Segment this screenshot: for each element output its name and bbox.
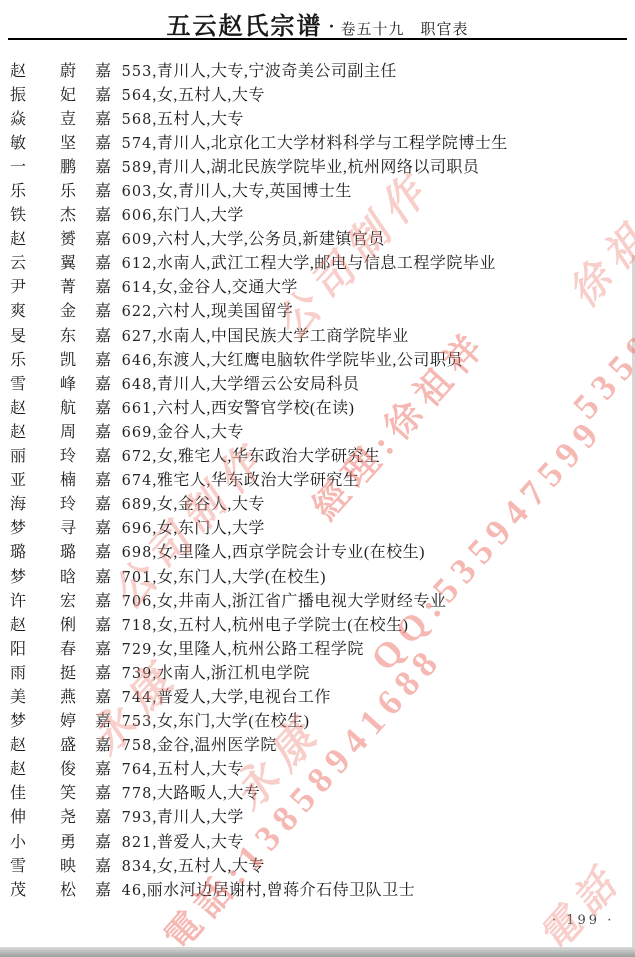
person-name: 旻 东 [10, 323, 76, 346]
section-label: 职官表 [421, 22, 469, 38]
table-row: 伸 尧 嘉 793,青川人,大学 [0, 804, 635, 828]
table-row: 赵 蔚 嘉 553,青川人,大专,宁波奇美公司副主任 [0, 57, 635, 81]
name-char-1: 茂 [10, 877, 26, 900]
name-char-1: 梦 [10, 708, 26, 731]
generation-prefix: 嘉 [95, 882, 111, 899]
person-detail: 嘉 669,金谷人,大专 [95, 419, 244, 442]
generation-number: 753 [116, 714, 152, 730]
generation-prefix: 嘉 [95, 858, 111, 875]
generation-prefix: 嘉 [95, 183, 111, 200]
generation-number: 834 [116, 859, 152, 875]
generation-number: 627 [116, 329, 152, 345]
person-detail: 嘉 612,水南人,武江工程大学,邮电与信息工程学院毕业 [95, 250, 496, 273]
person-info: ,东渡人,大红鹰电脑软件学院毕业,公司职员 [152, 352, 463, 369]
generation-prefix: 嘉 [95, 544, 111, 561]
person-info: ,女,里隆人,西京学院会计专业(在校生) [152, 544, 425, 561]
generation-number: 661 [116, 401, 152, 417]
table-row: 丽 玲 嘉 672,女,雅宅人,华东政治大学研究生 [0, 443, 635, 467]
table-row: 赵 赟 嘉 609,六村人,大学,公务员,新建镇官员 [0, 226, 635, 250]
name-char-2: 俊 [60, 756, 76, 779]
person-detail: 嘉 753,女,东门,大学(在校生) [95, 708, 309, 731]
person-info: ,金谷,温州医学院 [152, 737, 277, 754]
person-name: 雪 映 [10, 853, 76, 876]
name-char-2: 妃 [60, 82, 76, 105]
generation-prefix: 嘉 [95, 159, 111, 176]
table-row: 赵 航 嘉 661,六村人,西安警官学校(在读) [0, 394, 635, 418]
person-detail: 嘉 764,五村人,大专 [95, 756, 244, 779]
name-char-2: 鹏 [60, 154, 76, 177]
name-char-1: 铁 [10, 202, 26, 225]
name-char-2: 壴 [60, 106, 76, 129]
table-row: 阳 春 嘉 729,女,里隆人,杭州公路工程学院 [0, 635, 635, 659]
name-char-1: 尹 [10, 274, 26, 297]
name-char-1: 赵 [10, 612, 26, 635]
person-name: 赵 航 [10, 395, 76, 418]
entries-list: 赵 蔚 嘉 553,青川人,大专,宁波奇美公司副主任 振 妃 嘉 564,女,五… [0, 57, 635, 900]
person-name: 赵 俐 [10, 612, 76, 635]
generation-prefix: 嘉 [95, 761, 111, 778]
generation-prefix: 嘉 [95, 472, 111, 489]
person-detail: 嘉 698,女,里隆人,西京学院会计专业(在校生) [95, 539, 425, 562]
table-row: 亚 楠 嘉 674,雅宅人,华东政治大学研究生 [0, 467, 635, 491]
person-detail: 嘉 574,青川人,北京化工大学材料科学与工程学院博士生 [95, 130, 508, 153]
person-name: 云 翼 [10, 250, 76, 273]
generation-prefix: 嘉 [95, 63, 111, 80]
generation-number: 701 [116, 570, 152, 586]
name-char-1: 振 [10, 82, 26, 105]
generation-number: 606 [116, 208, 152, 224]
name-char-2: 蔚 [60, 58, 76, 81]
generation-number: 764 [116, 762, 152, 778]
person-name: 乐 凯 [10, 347, 76, 370]
generation-number: 793 [116, 810, 152, 826]
name-char-1: 一 [10, 154, 26, 177]
generation-prefix: 嘉 [95, 617, 111, 634]
generation-prefix: 嘉 [95, 328, 111, 345]
name-char-2: 尧 [60, 804, 76, 827]
person-name: 雨 挺 [10, 660, 76, 683]
name-char-1: 阳 [10, 636, 26, 659]
person-info: ,青川人,北京化工大学材料科学与工程学院博士生 [152, 135, 508, 152]
table-row: 梦 寻 嘉 696,女,东门人,大学 [0, 515, 635, 539]
table-row: 梦 晗 嘉 701,女,东门人,大学(在校生) [0, 563, 635, 587]
table-row: 赵 盛 嘉 758,金谷,温州医学院 [0, 732, 635, 756]
table-row: 梦 婷 嘉 753,女,东门,大学(在校生) [0, 708, 635, 732]
person-detail: 嘉 701,女,东门人,大学(在校生) [95, 564, 326, 587]
generation-prefix: 嘉 [95, 400, 111, 417]
table-row: 佳 笑 嘉 778,大路畈人,大专 [0, 780, 635, 804]
person-detail: 嘉 603,女,青川人,大专,英国博士生 [95, 178, 352, 201]
person-info: ,女,东门,大学(在校生) [152, 713, 309, 730]
name-char-1: 丽 [10, 443, 26, 466]
name-char-2: 凯 [60, 347, 76, 370]
name-char-2: 俐 [60, 612, 76, 635]
person-name: 亚 楠 [10, 467, 76, 490]
table-row: 茂 松 嘉 46,丽水河边居谢村,曾蒋介石侍卫队卫士 [0, 876, 635, 900]
person-detail: 嘉 672,女,雅宅人,华东政治大学研究生 [95, 443, 380, 466]
table-row: 敏 坚 嘉 574,青川人,北京化工大学材料科学与工程学院博士生 [0, 129, 635, 153]
person-detail: 嘉 758,金谷,温州医学院 [95, 732, 277, 755]
generation-number: 669 [116, 425, 152, 441]
volume-label: 卷五十九 [340, 22, 404, 38]
person-detail: 嘉 589,青川人,湖北民族学院毕业,杭州网络以司职员 [95, 154, 479, 177]
generation-prefix: 嘉 [95, 834, 111, 851]
person-detail: 嘉 564,女,五村人,大专 [95, 82, 265, 105]
person-name: 梦 晗 [10, 564, 76, 587]
name-char-1: 敏 [10, 130, 26, 153]
name-char-1: 爽 [10, 298, 26, 321]
name-char-1: 赵 [10, 732, 26, 755]
person-info: ,女,五村人,大专 [152, 87, 265, 104]
generation-prefix: 嘉 [95, 689, 111, 706]
person-info: ,女,井南人,浙江省广播电视大学财经专业 [152, 593, 446, 610]
person-detail: 嘉 646,东渡人,大红鹰电脑软件学院毕业,公司职员 [95, 347, 463, 370]
table-row: 璐 璐 嘉 698,女,里隆人,西京学院会计专业(在校生) [0, 539, 635, 563]
generation-prefix: 嘉 [95, 713, 111, 730]
name-char-2: 寻 [60, 515, 76, 538]
generation-prefix: 嘉 [95, 352, 111, 369]
person-name: 赵 盛 [10, 732, 76, 755]
name-char-1: 梦 [10, 515, 26, 538]
generation-prefix: 嘉 [95, 135, 111, 152]
person-detail: 嘉 778,大路畈人,大专 [95, 780, 260, 803]
table-row: 振 妃 嘉 564,女,五村人,大专 [0, 81, 635, 105]
name-char-1: 焱 [10, 106, 26, 129]
person-detail: 嘉 739,水南人,浙江机电学院 [95, 660, 310, 683]
name-char-1: 许 [10, 588, 26, 611]
name-char-1: 雪 [10, 371, 26, 394]
generation-number: 778 [116, 786, 152, 802]
generation-prefix: 嘉 [95, 207, 111, 224]
scan-edge-bottom [0, 947, 635, 957]
name-char-1: 亚 [10, 467, 26, 490]
person-name: 振 妃 [10, 82, 76, 105]
name-char-1: 乐 [10, 347, 26, 370]
generation-number: 689 [116, 497, 152, 513]
name-char-2: 玲 [60, 443, 76, 466]
page-number: · 199 · [552, 913, 614, 928]
person-name: 一 鹏 [10, 154, 76, 177]
table-row: 一 鹏 嘉 589,青川人,湖北民族学院毕业,杭州网络以司职员 [0, 153, 635, 177]
name-char-2: 璐 [60, 539, 76, 562]
person-detail: 嘉 661,六村人,西安警官学校(在读) [95, 395, 354, 418]
person-detail: 嘉 718,女,五村人,杭州电子学院士(在校生) [95, 612, 408, 635]
generation-prefix: 嘉 [95, 593, 111, 610]
generation-number: 739 [116, 666, 152, 682]
person-detail: 嘉 696,女,东门人,大学 [95, 515, 265, 538]
page-header: 五云赵氏宗谱·卷五十九职官表 [0, 6, 635, 41]
table-row: 乐 凯 嘉 646,东渡人,大红鹰电脑软件学院毕业,公司职员 [0, 346, 635, 370]
person-detail: 嘉 821,普爱人,大专 [95, 829, 244, 852]
name-char-1: 赵 [10, 419, 26, 442]
name-char-2: 春 [60, 636, 76, 659]
generation-number: 758 [116, 738, 152, 754]
person-info: ,六村人,西安警官学校(在读) [152, 400, 354, 417]
header-rule [8, 38, 627, 40]
table-row: 云 翼 嘉 612,水南人,武江工程大学,邮电与信息工程学院毕业 [0, 250, 635, 274]
person-info: ,五村人,大专 [152, 111, 244, 128]
person-detail: 嘉 627,水南人,中国民族大学工商学院毕业 [95, 323, 409, 346]
person-name: 伸 尧 [10, 804, 76, 827]
person-detail: 嘉 46,丽水河边居谢村,曾蒋介石侍卫队卫士 [95, 877, 415, 900]
person-info: ,青川人,大学 [152, 809, 244, 826]
person-detail: 嘉 793,青川人,大学 [95, 804, 244, 827]
table-row: 雪 峰 嘉 648,青川人,大学缙云公安局科员 [0, 370, 635, 394]
person-name: 赵 周 [10, 419, 76, 442]
name-char-2: 勇 [60, 829, 76, 852]
person-detail: 嘉 706,女,井南人,浙江省广播电视大学财经专业 [95, 588, 446, 611]
name-char-2: 翼 [60, 250, 76, 273]
page-title: 五云赵氏宗谱 [166, 14, 322, 40]
table-row: 许 宏 嘉 706,女,井南人,浙江省广播电视大学财经专业 [0, 587, 635, 611]
generation-prefix: 嘉 [95, 87, 111, 104]
person-info: ,五村人,大专 [152, 761, 244, 778]
generation-prefix: 嘉 [95, 665, 111, 682]
name-char-2: 杰 [60, 202, 76, 225]
generation-prefix: 嘉 [95, 809, 111, 826]
name-char-1: 伸 [10, 804, 26, 827]
generation-number: 553 [116, 64, 152, 80]
person-info: ,东门人,大学 [152, 207, 244, 224]
generation-number: 46 [116, 883, 142, 899]
person-info: ,女,东门人,大学 [152, 520, 265, 537]
person-info: ,丽水河边居谢村,曾蒋介石侍卫队卫士 [142, 882, 415, 899]
table-row: 焱 壴 嘉 568,五村人,大专 [0, 105, 635, 129]
person-name: 雪 峰 [10, 371, 76, 394]
name-char-2: 赟 [60, 226, 76, 249]
person-info: ,女,雅宅人,华东政治大学研究生 [152, 448, 380, 465]
generation-number: 672 [116, 449, 152, 465]
person-name: 茂 松 [10, 877, 76, 900]
person-name: 乐 乐 [10, 178, 76, 201]
name-char-2: 笑 [60, 780, 76, 803]
table-row: 美 燕 嘉 744,普爱人,大学,电视台工作 [0, 683, 635, 707]
person-name: 梦 婷 [10, 708, 76, 731]
name-char-2: 燕 [60, 684, 76, 707]
generation-number: 648 [116, 377, 152, 393]
name-char-1: 海 [10, 491, 26, 514]
generation-number: 729 [116, 642, 152, 658]
person-detail: 嘉 674,雅宅人,华东政治大学研究生 [95, 467, 359, 490]
person-name: 阳 春 [10, 636, 76, 659]
generation-number: 744 [116, 690, 152, 706]
table-row: 雪 映 嘉 834,女,五村人,大专 [0, 852, 635, 876]
name-char-1: 赵 [10, 226, 26, 249]
name-char-2: 坚 [60, 130, 76, 153]
person-info: ,女,金谷人,交通大学 [152, 279, 298, 296]
person-detail: 嘉 648,青川人,大学缙云公安局科员 [95, 371, 359, 394]
name-char-2: 航 [60, 395, 76, 418]
person-detail: 嘉 834,女,五村人,大专 [95, 853, 265, 876]
generation-number: 568 [116, 112, 152, 128]
person-info: ,青川人,湖北民族学院毕业,杭州网络以司职员 [152, 159, 479, 176]
person-info: ,金谷人,大专 [152, 424, 244, 441]
name-char-1: 乐 [10, 178, 26, 201]
person-info: ,六村人,大学,公务员,新建镇官员 [152, 231, 385, 248]
person-name: 小 勇 [10, 829, 76, 852]
person-info: ,女,五村人,大专 [152, 858, 265, 875]
generation-prefix: 嘉 [95, 641, 111, 658]
name-char-1: 赵 [10, 395, 26, 418]
person-name: 佳 笑 [10, 780, 76, 803]
generation-number: 646 [116, 353, 152, 369]
person-name: 敏 坚 [10, 130, 76, 153]
generation-number: 718 [116, 618, 152, 634]
generation-prefix: 嘉 [95, 111, 111, 128]
person-info: ,女,里隆人,杭州公路工程学院 [152, 641, 364, 658]
name-char-1: 小 [10, 829, 26, 852]
person-name: 铁 杰 [10, 202, 76, 225]
generation-number: 564 [116, 88, 152, 104]
table-row: 爽 金 嘉 622,六村人,现美国留学 [0, 298, 635, 322]
generation-number: 609 [116, 232, 152, 248]
generation-number: 574 [116, 136, 152, 152]
generation-prefix: 嘉 [95, 231, 111, 248]
generation-prefix: 嘉 [95, 376, 111, 393]
name-char-1: 梦 [10, 564, 26, 587]
name-char-2: 峰 [60, 371, 76, 394]
person-detail: 嘉 689,女,金谷人,大专 [95, 491, 265, 514]
generation-prefix: 嘉 [95, 424, 111, 441]
table-row: 小 勇 嘉 821,普爱人,大专 [0, 828, 635, 852]
name-char-1: 旻 [10, 323, 26, 346]
person-name: 焱 壴 [10, 106, 76, 129]
name-char-2: 宏 [60, 588, 76, 611]
generation-number: 696 [116, 521, 152, 537]
table-row: 乐 乐 嘉 603,女,青川人,大专,英国博士生 [0, 177, 635, 201]
person-info: ,六村人,现美国留学 [152, 303, 293, 320]
name-char-1: 佳 [10, 780, 26, 803]
generation-number: 674 [116, 473, 152, 489]
name-char-2: 映 [60, 853, 76, 876]
person-info: ,雅宅人,华东政治大学研究生 [152, 472, 359, 489]
name-char-1: 璐 [10, 539, 26, 562]
person-name: 梦 寻 [10, 515, 76, 538]
person-name: 许 宏 [10, 588, 76, 611]
person-info: ,青川人,大学缙云公安局科员 [152, 376, 359, 393]
genealogy-page: 公司制作經理:徐祖祥QQ:535947599電話:13858941688公司制作… [0, 0, 635, 957]
generation-prefix: 嘉 [95, 255, 111, 272]
generation-prefix: 嘉 [95, 279, 111, 296]
generation-number: 698 [116, 545, 152, 561]
person-detail: 嘉 553,青川人,大专,宁波奇美公司副主任 [95, 58, 397, 81]
table-row: 赵 周 嘉 669,金谷人,大专 [0, 418, 635, 442]
person-info: ,普爱人,大学,电视台工作 [152, 689, 331, 706]
name-char-2: 乐 [60, 178, 76, 201]
generation-number: 622 [116, 304, 152, 320]
person-name: 赵 赟 [10, 226, 76, 249]
person-info: ,女,五村人,杭州电子学院士(在校生) [152, 617, 408, 634]
name-char-2: 东 [60, 323, 76, 346]
generation-number: 706 [116, 594, 152, 610]
name-char-2: 挺 [60, 660, 76, 683]
generation-prefix: 嘉 [95, 496, 111, 513]
person-detail: 嘉 614,女,金谷人,交通大学 [95, 274, 298, 297]
table-row: 赵 俊 嘉 764,五村人,大专 [0, 756, 635, 780]
generation-number: 612 [116, 256, 152, 272]
name-char-1: 美 [10, 684, 26, 707]
person-detail: 嘉 744,普爱人,大学,电视台工作 [95, 684, 331, 707]
generation-prefix: 嘉 [95, 448, 111, 465]
person-info: ,女,东门人,大学(在校生) [152, 569, 326, 586]
table-row: 雨 挺 嘉 739,水南人,浙江机电学院 [0, 659, 635, 683]
person-detail: 嘉 729,女,里隆人,杭州公路工程学院 [95, 636, 364, 659]
person-info: ,女,金谷人,大专 [152, 496, 265, 513]
person-name: 海 玲 [10, 491, 76, 514]
generation-prefix: 嘉 [95, 785, 111, 802]
generation-prefix: 嘉 [95, 520, 111, 537]
name-char-2: 盛 [60, 732, 76, 755]
person-name: 尹 菁 [10, 274, 76, 297]
person-info: ,大路畈人,大专 [152, 785, 260, 802]
generation-prefix: 嘉 [95, 569, 111, 586]
name-char-2: 玲 [60, 491, 76, 514]
person-detail: 嘉 606,东门人,大学 [95, 202, 244, 225]
name-char-1: 雪 [10, 853, 26, 876]
person-name: 美 燕 [10, 684, 76, 707]
name-char-1: 赵 [10, 756, 26, 779]
name-char-2: 婷 [60, 708, 76, 731]
table-row: 尹 菁 嘉 614,女,金谷人,交通大学 [0, 274, 635, 298]
name-char-2: 菁 [60, 274, 76, 297]
name-char-1: 赵 [10, 58, 26, 81]
generation-prefix: 嘉 [95, 737, 111, 754]
generation-number: 614 [116, 280, 152, 296]
person-info: ,女,青川人,大专,英国博士生 [152, 183, 352, 200]
generation-number: 603 [116, 184, 152, 200]
person-name: 赵 俊 [10, 756, 76, 779]
person-name: 丽 玲 [10, 443, 76, 466]
person-info: ,水南人,浙江机电学院 [152, 665, 310, 682]
name-char-2: 晗 [60, 564, 76, 587]
generation-number: 589 [116, 160, 152, 176]
name-char-2: 松 [60, 877, 76, 900]
person-name: 爽 金 [10, 298, 76, 321]
person-detail: 嘉 622,六村人,现美国留学 [95, 298, 293, 321]
table-row: 铁 杰 嘉 606,东门人,大学 [0, 202, 635, 226]
name-char-1: 云 [10, 250, 26, 273]
person-info: ,水南人,中国民族大学工商学院毕业 [152, 328, 409, 345]
name-char-2: 楠 [60, 467, 76, 490]
table-row: 旻 东 嘉 627,水南人,中国民族大学工商学院毕业 [0, 322, 635, 346]
generation-number: 821 [116, 835, 152, 851]
person-name: 赵 蔚 [10, 58, 76, 81]
person-detail: 嘉 609,六村人,大学,公务员,新建镇官员 [95, 226, 385, 249]
name-char-1: 雨 [10, 660, 26, 683]
person-name: 璐 璐 [10, 539, 76, 562]
title-separator: · [328, 16, 334, 36]
name-char-2: 周 [60, 419, 76, 442]
table-row: 海 玲 嘉 689,女,金谷人,大专 [0, 491, 635, 515]
person-info: ,水南人,武江工程大学,邮电与信息工程学院毕业 [152, 255, 496, 272]
person-info: ,青川人,大专,宁波奇美公司副主任 [152, 63, 397, 80]
person-info: ,普爱人,大专 [152, 834, 244, 851]
name-char-2: 金 [60, 298, 76, 321]
generation-prefix: 嘉 [95, 303, 111, 320]
table-row: 赵 俐 嘉 718,女,五村人,杭州电子学院士(在校生) [0, 611, 635, 635]
person-detail: 嘉 568,五村人,大专 [95, 106, 244, 129]
